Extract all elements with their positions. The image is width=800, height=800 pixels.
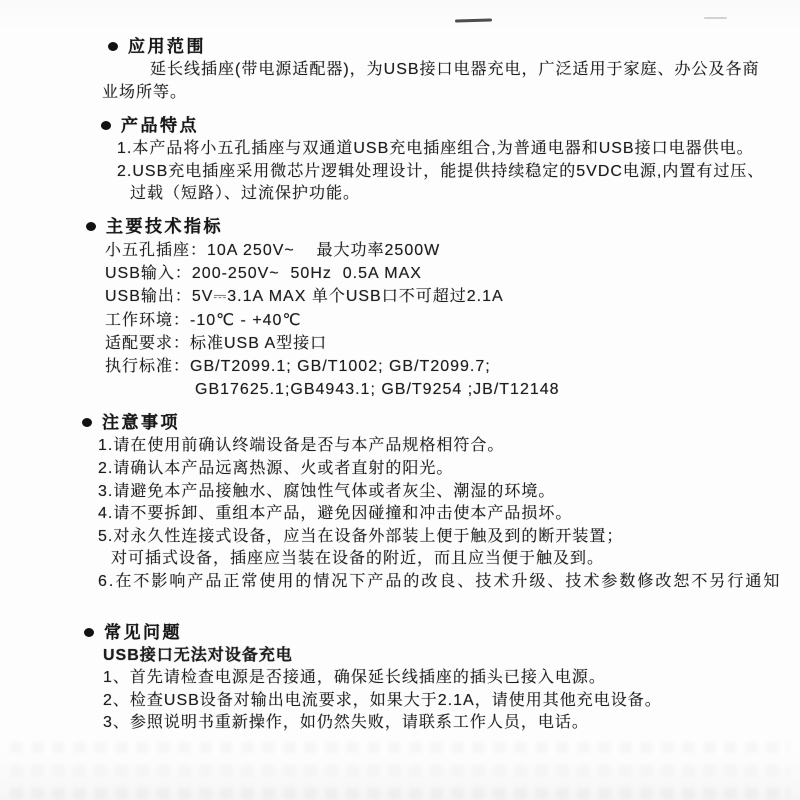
spec-standards-cont: GB17625.1;GB4943.1; GB/T9254 ;JB/T12148 (195, 378, 800, 401)
text-line: 2.USB充电插座采用微芯片逻辑处理设计，能提供持续稳定的5VDC电源,内置有过… (117, 161, 800, 184)
section-heading: 应用范围 (108, 34, 800, 59)
text-line: 延长线插座(带电源适配器)，为USB接口电器充电，广泛适用于家庭、办公及各商 (150, 59, 800, 82)
section-faq: 常见问题 USB接口无法对设备充电 1、首先请检查电源是否接通，确保延长线插座的… (84, 620, 800, 735)
text-line: 2、检查USB设备对输出电流要求，如果大于2.1A，请使用其他充电设备。 (103, 690, 800, 713)
section-title: 应用范围 (128, 34, 206, 59)
section-precautions: 注意事项 1.请在使用前确认终端设备是否与本产品规格相符合。 2.请确认本产品远… (82, 410, 800, 593)
section-title: 常见问题 (104, 620, 182, 645)
section-title: 注意事项 (102, 410, 180, 435)
spec-standards: 执行标准：GB/T2099.1; GB/T1002; GB/T2099.7; (105, 355, 800, 378)
section-application-range: 应用范围 延长线插座(带电源适配器)，为USB接口电器充电，广泛适用于家庭、办公… (108, 34, 800, 104)
section-heading: 注意事项 (82, 410, 800, 435)
section-product-features: 产品特点 1.本产品将小五孔插座与双通道USB充电插座组合,为普通电器和USB接… (101, 113, 800, 206)
text-line: 4.请不要拆卸、重组本产品，避免因碰撞和冲击使本产品损坏。 (98, 503, 800, 526)
page-content: 应用范围 延长线插座(带电源适配器)，为USB接口电器充电，广泛适用于家庭、办公… (0, 30, 800, 735)
scan-bleedthrough (10, 742, 790, 753)
text-line: 6.在不影响产品正常使用的情况下产品的改良、技术升级、技术参数修改恕不另行通知 (98, 571, 800, 594)
spec-socket-rating: 小五孔插座：10A 250V~ 最大功率2500W (105, 239, 800, 262)
bullet-icon (108, 42, 118, 51)
scan-artifact-dash (455, 19, 492, 23)
text-line: 1、首先请检查电源是否接通，确保延长线插座的插头已接入电源。 (103, 667, 800, 690)
bullet-icon (84, 628, 94, 637)
spec-usb-input: USB输入：200-250V~ 50Hz 0.5A MAX (105, 262, 800, 285)
spec-operating-temp: 工作环境：-10℃ - +40℃ (105, 309, 800, 332)
faq-question: USB接口无法对设备充电 (103, 645, 800, 668)
spec-usb-output: USB输出：5V⎓3.1A MAX 单个USB口不可超过2.1A (105, 285, 800, 308)
section-heading: 产品特点 (101, 113, 800, 138)
bullet-icon (82, 418, 92, 427)
text-line: 业场所等。 (102, 82, 800, 105)
section-title: 产品特点 (121, 113, 199, 138)
section-heading: 常见问题 (84, 620, 800, 645)
section-heading: 主要技术指标 (86, 214, 800, 239)
section-title: 主要技术指标 (106, 214, 223, 239)
text-line: 1.本产品将小五孔插座与双通道USB充电插座组合,为普通电器和USB接口电器供电… (117, 138, 800, 161)
text-line: 1.请在使用前确认终端设备是否与本产品规格相符合。 (98, 435, 800, 458)
text-line: 对可插式设备，插座应当装在设备的附近，而且应当便于触及到。 (111, 548, 800, 571)
bullet-icon (86, 222, 96, 231)
text-line: 2.请确认本产品远离热源、火或者直射的阳光。 (98, 458, 800, 481)
scan-bleedthrough (10, 788, 790, 799)
scan-bleedthrough (10, 765, 790, 776)
section-technical-specs: 主要技术指标 小五孔插座：10A 250V~ 最大功率2500W USB输入：2… (86, 214, 800, 401)
text-line: 5.对永久性连接式设备，应当在设备外部装上便于触及到的断开装置； (98, 526, 800, 549)
bullet-icon (101, 121, 111, 130)
scan-artifact-faint-dash (704, 17, 727, 19)
spec-adapter-req: 适配要求：标准USB A型接口 (105, 332, 800, 355)
text-line: 过载（短路）、过流保护功能。 (130, 183, 800, 206)
scanned-manual-page: 应用范围 延长线插座(带电源适配器)，为USB接口电器充电，广泛适用于家庭、办公… (0, 0, 800, 800)
text-line: 3.请避免本产品接触水、腐蚀性气体或者灰尘、潮湿的环境。 (98, 481, 800, 504)
text-line: 3、参照说明书重新操作，如仍然失败，请联系工作人员，电话。 (103, 712, 800, 735)
